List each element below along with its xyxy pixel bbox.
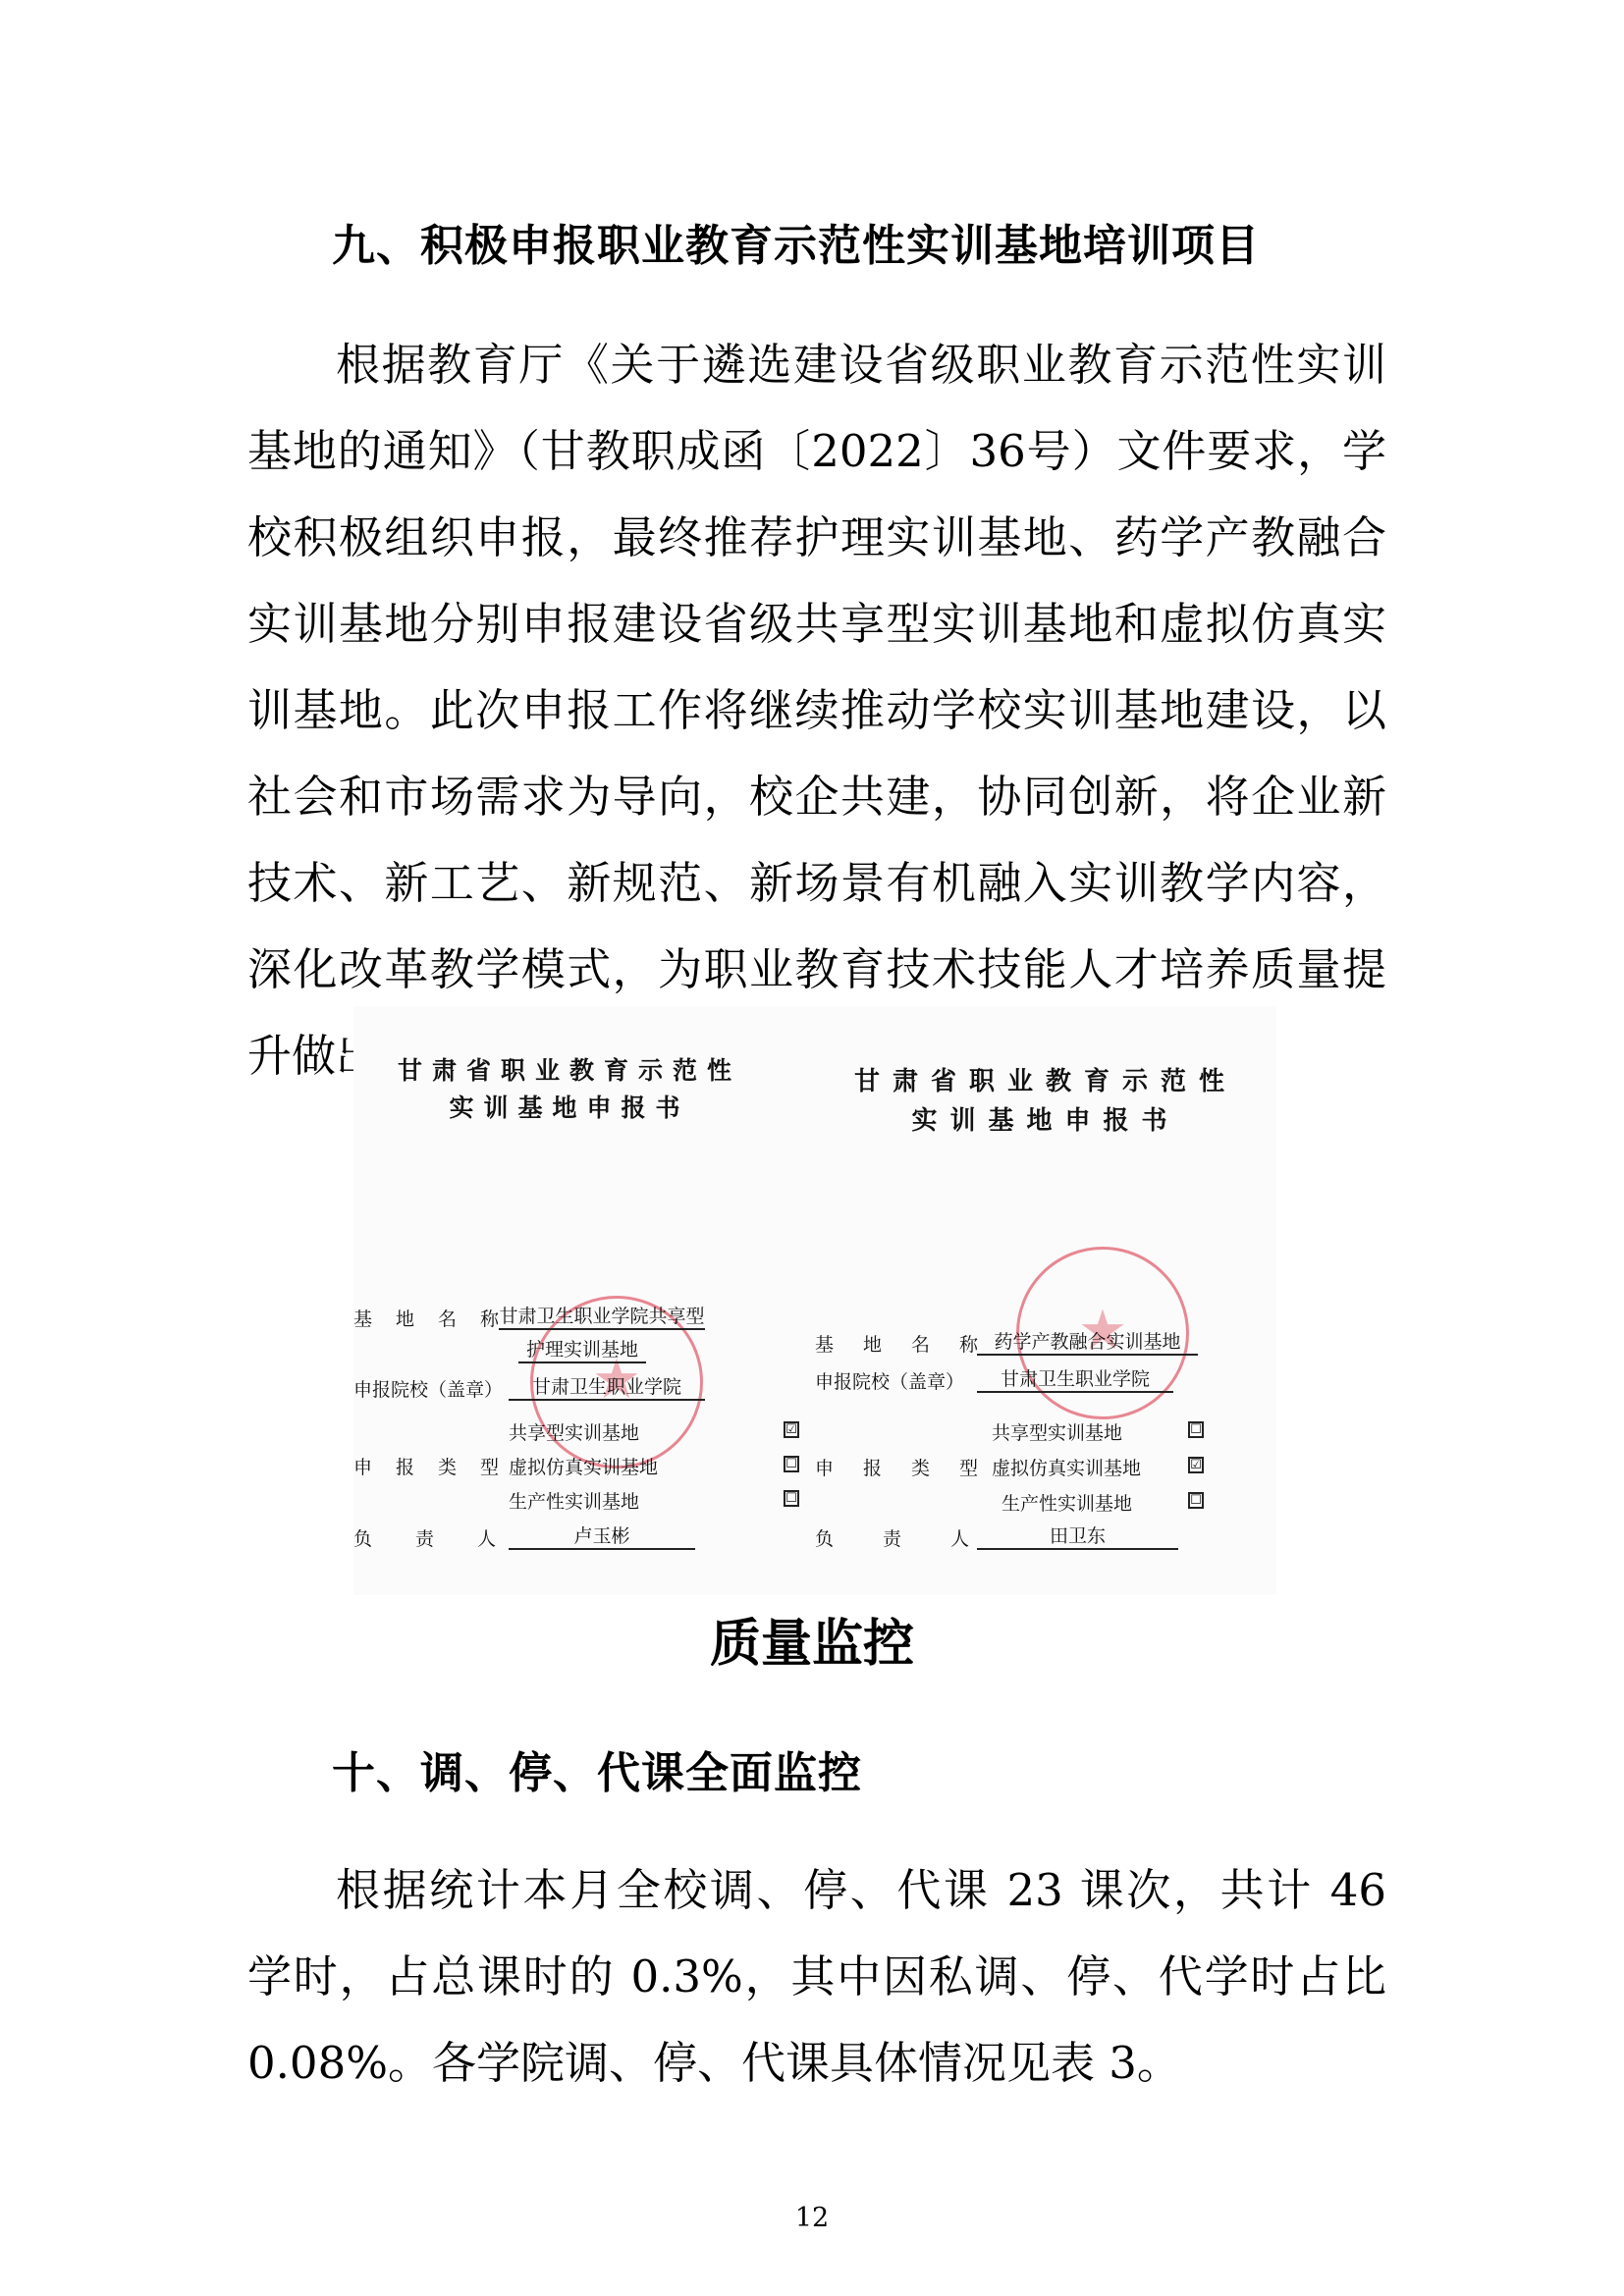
section-9-paragraph: 根据教育厅《关于遴选建设省级职业教育示范性实训基地的通知》（甘教职成函〔2022… bbox=[247, 322, 1386, 1099]
type-option-label: 虚拟仿真实训基地 bbox=[992, 1454, 1141, 1480]
section-9-heading: 九、积极申报职业教育示范性实训基地培训项目 bbox=[332, 210, 1260, 273]
base-name-value: 药学产教融合实训基地 bbox=[977, 1330, 1198, 1356]
checkbox-empty-icon: ☐ bbox=[1188, 1421, 1204, 1438]
type-option-production: 生产性实训基地 ☐ bbox=[1001, 1489, 1267, 1515]
school-label: 申报院校（盖章） bbox=[815, 1367, 964, 1394]
type-option-label: 生产性实训基地 bbox=[509, 1491, 639, 1513]
school-label: 申报院校（盖章） bbox=[353, 1375, 503, 1402]
school-value: 甘肃卫生职业学院 bbox=[509, 1375, 705, 1401]
form-title-line1: 甘肃省职业教育示范性 bbox=[815, 1061, 1276, 1097]
base-name-value: 甘肃卫生职业学院共享型 bbox=[499, 1305, 705, 1330]
leader-value: 卢玉彬 bbox=[509, 1524, 695, 1550]
type-option-label: 共享型实训基地 bbox=[992, 1422, 1122, 1444]
form-title-line1: 甘肃省职业教育示范性 bbox=[353, 1051, 785, 1087]
form-title-line2: 实训基地申报书 bbox=[815, 1100, 1276, 1137]
base-name-row-2: 护理实训基地 bbox=[353, 1338, 785, 1367]
checkbox-empty-icon: ☐ bbox=[784, 1456, 799, 1472]
base-name-row: 基地名称 甘肃卫生职业学院共享型 bbox=[353, 1305, 785, 1334]
school-row: 申报院校（盖章） 甘肃卫生职业学院 bbox=[815, 1367, 1276, 1397]
type-option-label: 共享型实训基地 bbox=[509, 1422, 639, 1444]
application-forms-image: 甘肃省职业教育示范性 实训基地申报书 基地名称 甘肃卫生职业学院共享型 护理实训… bbox=[353, 1006, 1276, 1595]
type-label: 申报类型 bbox=[353, 1453, 522, 1479]
leader-value: 田卫东 bbox=[977, 1524, 1178, 1550]
base-name-label: 基地名称 bbox=[353, 1305, 522, 1331]
application-form-pharmacy: 甘肃省职业教育示范性 实训基地申报书 基地名称 药学产教融合实训基地 申报院校（… bbox=[815, 1006, 1276, 1595]
form-title-line2: 实训基地申报书 bbox=[353, 1089, 785, 1124]
section-10-paragraph: 根据统计本月全校调、停、代课 23 课次，共计 46 学时，占总课时的 0.3%… bbox=[247, 1847, 1386, 2107]
type-option-production: 生产性实训基地 ☐ bbox=[509, 1487, 764, 1513]
application-form-nursing: 甘肃省职业教育示范性 实训基地申报书 基地名称 甘肃卫生职业学院共享型 护理实训… bbox=[353, 1006, 785, 1595]
base-name-row: 基地名称 药学产教融合实训基地 bbox=[815, 1330, 1276, 1360]
leader-row: 负责人 田卫东 bbox=[815, 1524, 1276, 1554]
checkbox-empty-icon: ☐ bbox=[1188, 1492, 1204, 1509]
checkbox-checked-icon: ☑ bbox=[1188, 1457, 1204, 1473]
school-row: 申报院校（盖章） 甘肃卫生职业学院 bbox=[353, 1375, 785, 1405]
leader-row: 负责人 卢玉彬 bbox=[353, 1524, 785, 1554]
section-title: 质量监控 bbox=[0, 1602, 1624, 1676]
type-row: 申报类型 虚拟仿真实训基地 ☐ bbox=[353, 1453, 785, 1478]
school-value: 甘肃卫生职业学院 bbox=[977, 1367, 1173, 1393]
page-number: 12 bbox=[0, 2203, 1624, 2233]
checkbox-checked-icon: ☑ bbox=[784, 1421, 799, 1438]
checkbox-empty-icon: ☐ bbox=[784, 1490, 799, 1507]
type-label: 申报类型 bbox=[815, 1454, 1007, 1480]
type-option-shared: 共享型实训基地 ☑ bbox=[509, 1418, 764, 1444]
type-option-shared: 共享型实训基地 ☐ bbox=[992, 1418, 1267, 1444]
base-name-value-2: 护理实训基地 bbox=[518, 1338, 646, 1363]
type-row: 申报类型 虚拟仿真实训基地 ☑ bbox=[815, 1454, 1276, 1479]
type-option-label: 生产性实训基地 bbox=[1001, 1493, 1132, 1515]
section-10-heading: 十、调、停、代课全面监控 bbox=[332, 1737, 862, 1800]
type-option-label: 虚拟仿真实训基地 bbox=[509, 1453, 658, 1479]
